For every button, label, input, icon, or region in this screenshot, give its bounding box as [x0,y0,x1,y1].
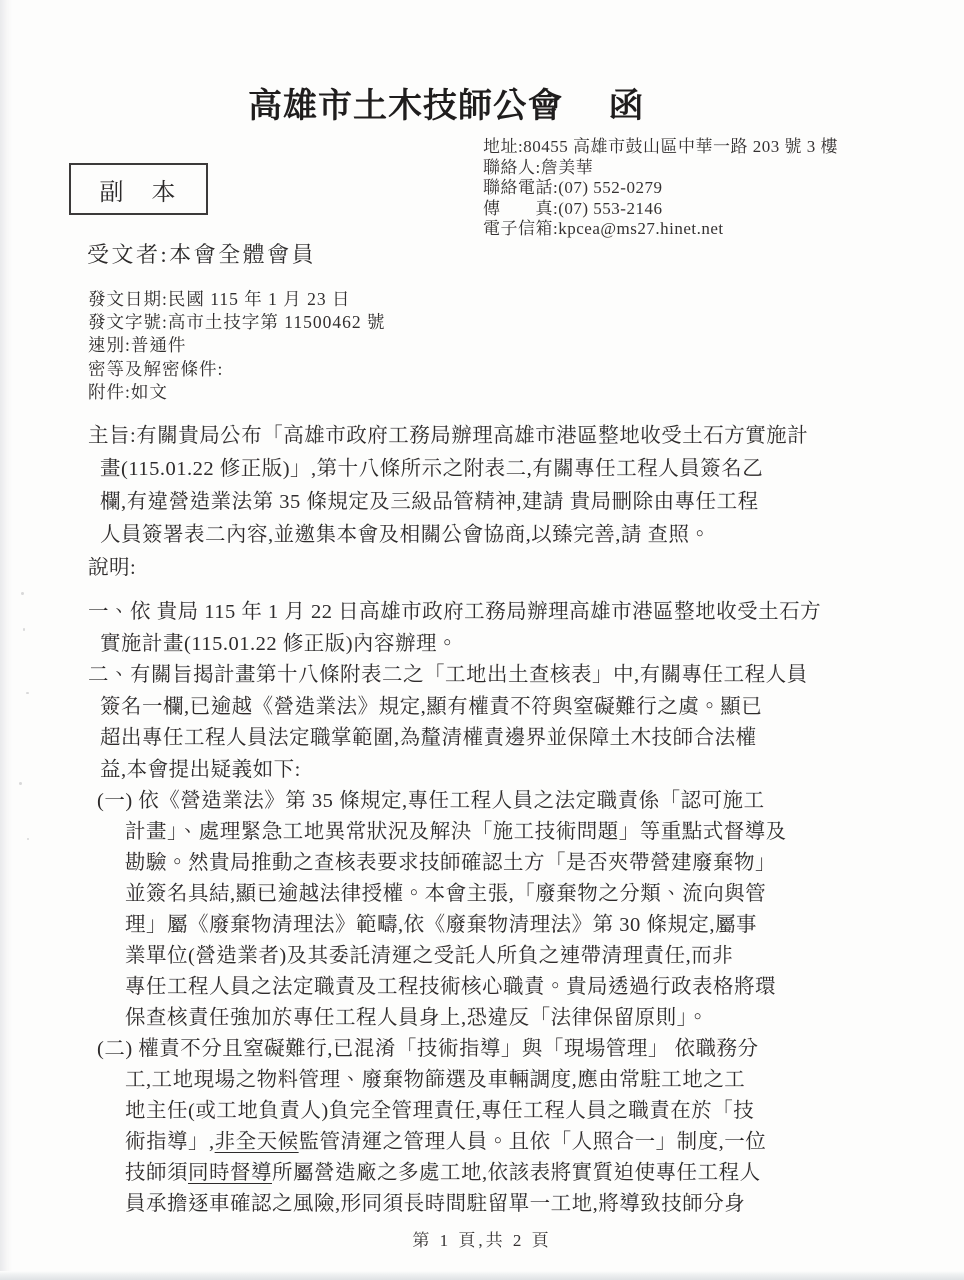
body-line: 員承擔逐車確認之風險,形同須長時間駐留單一工地,將導致技師分身 [88,1189,888,1220]
body-text-segment: 監管清運之管理人員。且依「人照合一」制度,一位 [299,1131,767,1153]
body-line: 實施計畫(115.01.22 修正版)內容辦理。 [88,629,888,661]
body-line: 勘驗。然貴局推動之查核表要求技師確認土方「是否夾帶營建廢棄物」 [88,848,888,879]
contact-email: 電子信箱:kpcea@ms27.hinet.net [483,219,838,240]
dispatch-meta-block: 發文日期:民國 115 年 1 月 23 日 發文字號:高市土技字第 11500… [88,288,385,404]
recipient-line: 受文者:本會全體會員 [87,238,316,269]
copy-stamp-box: 副 本 [69,163,208,215]
contact-person: 聯絡人:詹美華 [483,158,838,179]
body-line: 主旨:有關貴局公布「高雄市政府工務局辦理高雄市港區整地收受土石方實施計 [88,420,888,453]
dispatch-date: 發文日期:民國 115 年 1 月 23 日 [88,288,385,311]
sub-item-1: (一) 依《營造業法》第 35 條規定,專任工程人員之法定職責係「認可施工 計畫… [88,786,888,1034]
body-line: 超出專任工程人員法定職掌範圍,為釐清權責邊界並保障土木技師合法權 [88,723,888,755]
contact-address: 地址:80455 高雄市鼓山區中華一路 203 號 3 樓 [483,137,838,158]
contact-fax: 傳 真:(07) 553-2146 [483,199,838,220]
body-line: 欄,有違營造業法第 35 條規定及三級品管精神,建請 貴局刪除由專任工程 [88,486,888,519]
body-text-segment: 技師須 [125,1162,188,1184]
body-text-segment: 所屬營造廠之多處工地,依該表將實質迫使專任工程人 [272,1162,761,1184]
body-line: 專任工程人員之法定職責及工程技術核心職責。貴局透過行政表格將環 [88,972,888,1003]
scan-speck [26,692,29,694]
body-line: 畫(115.01.22 修正版)」,第十八條所示之附表二,有關專任工程人員簽名乙 [88,453,888,486]
org-name: 高雄市土木技師公會 [248,88,563,125]
scan-speck [21,592,24,595]
dispatch-ref-number: 發文字號:高市土技字第 11500462 號 [88,311,385,334]
document-type-label: 函 [609,88,644,125]
body-line: 業單位(營造業者)及其委託清運之受託人所負之連帶清理責任,而非 [88,941,888,972]
explanation-heading: 說明: [88,552,888,585]
scanned-letter-page: 高雄市土木技師公會函 副 本 地址:80455 高雄市鼓山區中華一路 203 號… [0,0,964,1280]
body-line: 地主任(或工地負責人)負完全管理責任,專任工程人員之職責在於「技 [88,1096,888,1127]
scan-speck [23,628,25,631]
scan-bottom-edge-shadow [0,1271,964,1280]
body-line: (一) 依《營造業法》第 35 條規定,專任工程人員之法定職責係「認可施工 [88,786,888,817]
body-line: 計畫」、處理緊急工地異常狀況及解決「施工技術問題」等重點式督導及 [88,817,888,848]
numbered-items: 一、依 貴局 115 年 1 月 22 日高雄市政府工務局辦理高雄市港區整地收受… [88,597,888,786]
body-line: 益,本會提出疑義如下: [88,755,888,787]
body-line: 簽名一欄,已逾越《營造業法》規定,顯有權責不符與窒礙難行之虞。顯已 [88,692,888,724]
scan-left-edge-shadow [0,0,12,1280]
dispatch-security: 密等及解密條件: [88,358,385,381]
body-line: 理」屬《廢棄物清理法》範疇,依《廢棄物清理法》第 30 條規定,屬事 [88,910,888,941]
scan-speck [27,838,29,840]
contact-phone: 聯絡電話:(07) 552-0279 [483,178,838,199]
body-line: 二、有關旨揭計畫第十八條附表二之「工地出土查核表」中,有關專任工程人員 [88,660,888,692]
body-line: 工,工地現場之物料管理、廢棄物篩選及車輛調度,應由常駐工地之工 [88,1065,888,1096]
dispatch-speed: 速別:普通件 [88,334,385,357]
underlined-phrase: 同時督導 [188,1162,272,1184]
body-line: 保查核責任強加於專任工程人員身上,恐違反「法律保留原則」。 [88,1003,888,1034]
dispatch-attachment: 附件:如文 [88,381,385,404]
body-line: 術指導」,非全天候監管清運之管理人員。且依「人照合一」制度,一位 [88,1127,888,1158]
body-line: 人員簽署表二內容,並邀集本會及相關公會協商,以臻完善,請 查照。 [88,519,888,552]
body-line: 技師須同時督導所屬營造廠之多處工地,依該表將實質迫使專任工程人 [88,1158,888,1189]
copy-stamp-label: 副 本 [100,172,178,207]
scan-speck [19,782,22,785]
letter-body: 主旨:有關貴局公布「高雄市政府工務局辦理高雄市港區整地收受土石方實施計 畫(11… [88,420,888,1220]
body-line: 說明: [88,552,888,585]
contact-info-block: 地址:80455 高雄市鼓山區中華一路 203 號 3 樓 聯絡人:詹美華 聯絡… [483,137,838,240]
body-text-segment: 術指導」, [125,1131,215,1153]
underlined-phrase: 非全天候 [215,1131,299,1153]
sub-item-2: (二) 權責不分且窒礙難行,已混淆「技術指導」與「現場管理」 依職務分 工,工地… [88,1034,888,1220]
subject-paragraph: 主旨:有關貴局公布「高雄市政府工務局辦理高雄市港區整地收受土石方實施計 畫(11… [88,420,888,552]
page-number-footer: 第 1 頁,共 2 頁 [0,1226,964,1251]
document-title: 高雄市土木技師公會函 [248,78,644,127]
body-line: (二) 權責不分且窒礙難行,已混淆「技術指導」與「現場管理」 依職務分 [88,1034,888,1065]
body-line: 一、依 貴局 115 年 1 月 22 日高雄市政府工務局辦理高雄市港區整地收受… [88,597,888,629]
body-line: 並簽名具結,顯已逾越法律授權。本會主張,「廢棄物之分類、流向與管 [88,879,888,910]
